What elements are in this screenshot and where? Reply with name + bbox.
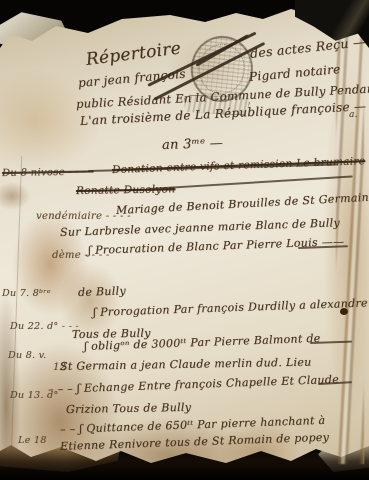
entry-margin-date: Du 8. v. xyxy=(8,350,47,361)
entry-margin-date: Du 7. 8ᵇʳᵉ xyxy=(2,288,51,299)
entry-margin-date: Du 22. d° - - - xyxy=(10,321,79,332)
year-heading: an 3ᵐᵉ — xyxy=(162,136,224,153)
entry-text-struck: Ronatte Dusolyon xyxy=(76,183,176,197)
entry-margin-date: Du 8 nivose - - - - xyxy=(2,166,94,179)
marginal-number: 12 xyxy=(53,362,66,373)
entry-margin-date: Le 18 xyxy=(18,435,47,446)
scanned-manuscript-page: Répertoire des actes Reçu — par jean fra… xyxy=(0,0,369,480)
entry-text: Grizion Tous de Bully xyxy=(66,401,191,416)
right-edge-mark: a. xyxy=(349,110,358,120)
entry-text: de Bully xyxy=(78,284,126,299)
